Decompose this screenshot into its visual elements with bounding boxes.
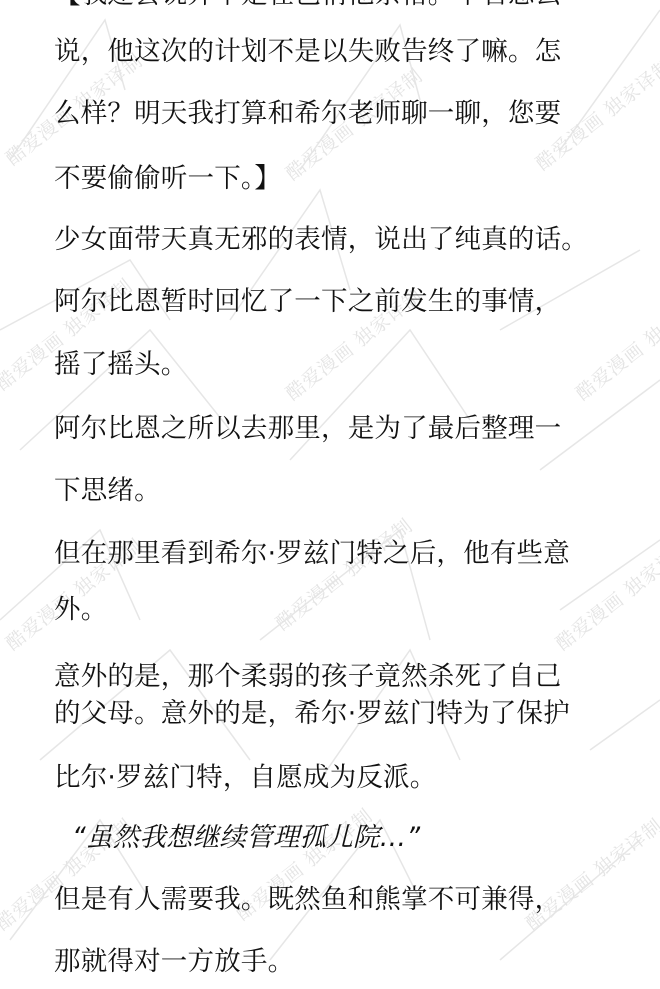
text-line: 意外的是，那个柔弱的孩子竟然杀死了自己 <box>54 661 561 693</box>
text-line: 【我还会说并不是在色情他亲格。不管怎么 <box>54 0 561 11</box>
text-line: 少女面带天真无邪的表情，说出了纯真的话。 <box>54 224 588 256</box>
text-line: 但是有人需要我。既然鱼和熊掌不可兼得， <box>54 884 561 916</box>
text-line: 那就得对一方放手。 <box>54 946 294 978</box>
text-line: 么样？明天我打算和希尔老师聊一聊，您要 <box>54 98 561 130</box>
text-line: 下思绪。 <box>54 475 161 507</box>
text-line: 摇了摇头。 <box>54 349 188 381</box>
text-line: 但在那里看到希尔·罗兹门特之后，他有些意 <box>54 538 570 570</box>
text-line: 说，他这次的计划不是以失败告终了嘛。怎 <box>54 36 561 68</box>
text-line: 的父母。意外的是，希尔·罗兹门特为了保护 <box>54 698 570 730</box>
text-line: 阿尔比恩暂时回忆了一下之前发生的事情， <box>54 286 561 318</box>
document-body: 【我还会说并不是在色情他亲格。不管怎么 说，他这次的计划不是以失败告终了嘛。怎 … <box>0 0 660 989</box>
quote-line: “虽然我想继续管理孤儿院…” <box>72 822 420 854</box>
text-line: 外。 <box>54 594 107 626</box>
text-line: 阿尔比恩之所以去那里，是为了最后整理一 <box>54 413 561 445</box>
text-line: 不要偷偷听一下。】 <box>54 163 281 195</box>
text-line: 比尔·罗兹门特，自愿成为反派。 <box>54 762 436 794</box>
